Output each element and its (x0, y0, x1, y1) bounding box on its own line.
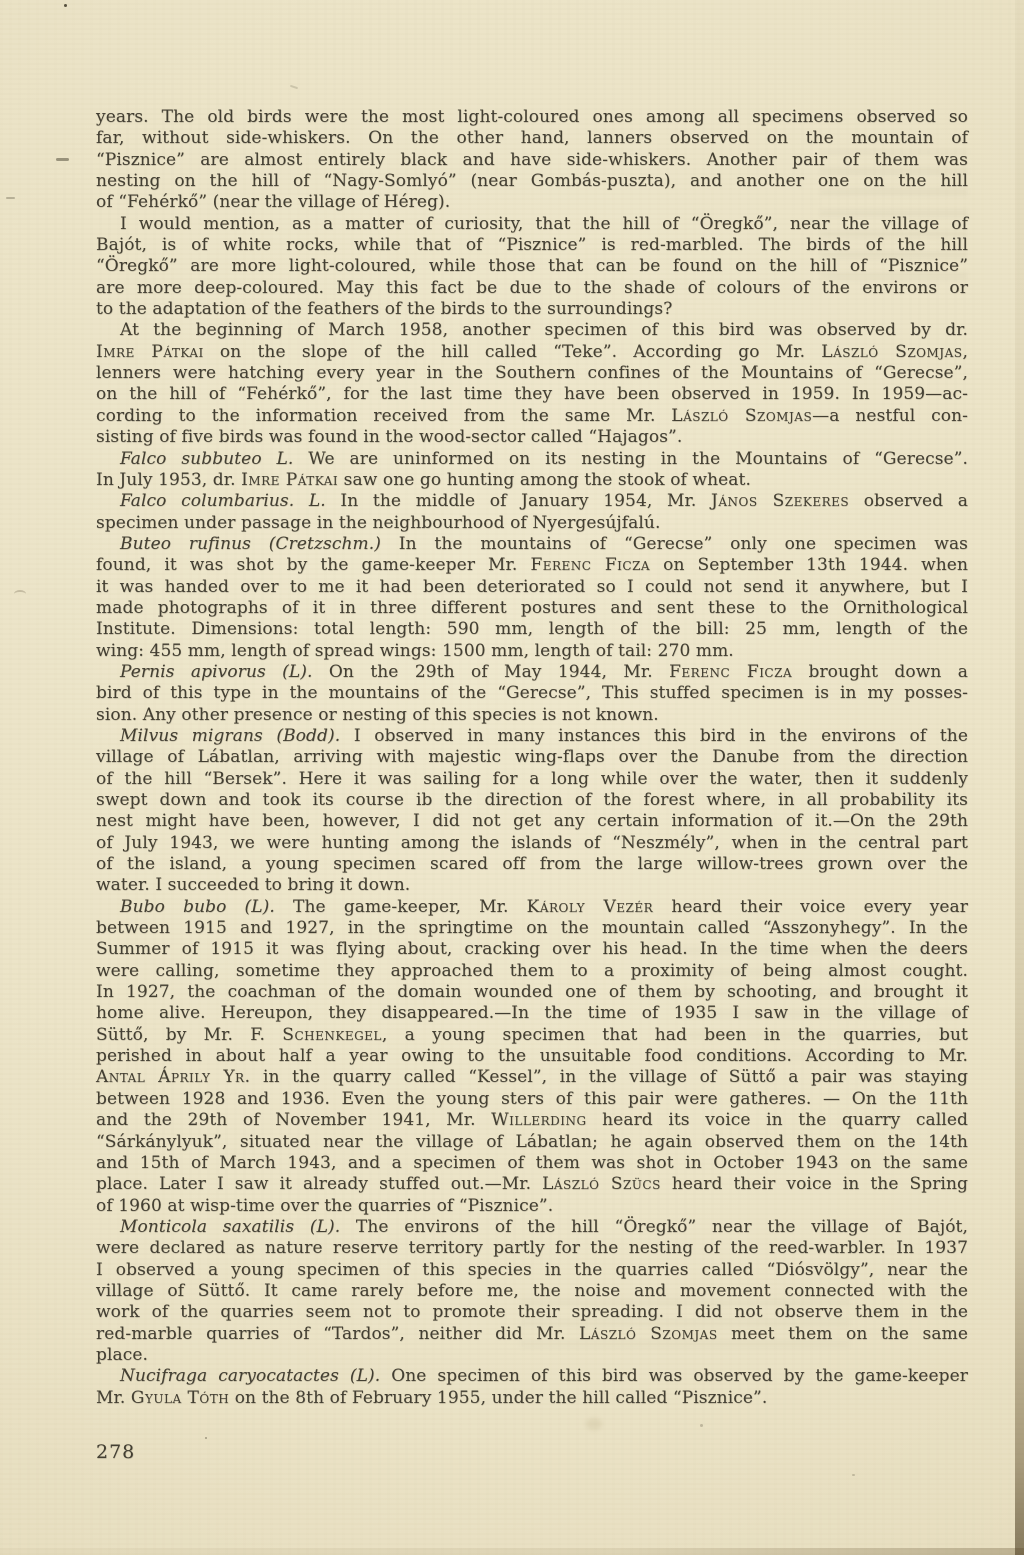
text-line: on the hill of “Fehérkő”, for the last t… (96, 384, 968, 405)
text-run: work of the quarries seem not to promote… (96, 1302, 968, 1322)
text-run: Summer of 1915 it was flying about, crac… (96, 939, 968, 959)
species-name: Nucifraga caryocatactes (L). (120, 1366, 380, 1386)
text-run: on September 13th 1944. when (650, 555, 968, 575)
text-line: Antal Áprily Yr. in the quarry called “K… (96, 1067, 968, 1088)
text-line: village of Lábatlan, arriving with majes… (96, 747, 968, 768)
text-line: “Öregkő” are more light-coloured, while … (96, 256, 968, 277)
text-run: to the adaptation of the feathers of the… (96, 299, 672, 319)
text-run: far, without side-whiskers. On the other… (96, 128, 968, 148)
text-run: made photographs of it in three differen… (96, 598, 968, 618)
text-line: At the beginning of March 1958, another … (96, 320, 968, 341)
text-line: were calling, sometime they approached t… (96, 961, 968, 982)
paragraph: Nucifraga caryocatactes (L). One specime… (96, 1366, 968, 1409)
scan-fiber (14, 590, 26, 598)
text-run: of “Fehérkő” (near the village of Héreg)… (96, 192, 450, 212)
text-line: I would mention, as a matter of curiosit… (96, 214, 968, 235)
text-line: Mr. Gyula Tóth on the 8th of February 19… (96, 1388, 968, 1409)
text-line: perished in about half a year owing to t… (96, 1046, 968, 1067)
text-line: are more deep-coloured. May this fact be… (96, 278, 968, 299)
text-line: of the hill “Bersek”. Here it was sailin… (96, 769, 968, 790)
text-run: Mr. (96, 1388, 131, 1408)
paragraph: Falco subbuteo L. We are uninformed on i… (96, 449, 968, 492)
text-run: Institute. Dimensions: total length: 590… (96, 619, 968, 639)
text-run: lenners were hatching every year in the … (96, 363, 968, 383)
text-run: meet them on the same (718, 1324, 968, 1344)
text-line: between 1928 and 1936. Even the young st… (96, 1089, 968, 1110)
scan-speck (64, 4, 67, 7)
text-line: nest might have been, however, I did not… (96, 811, 968, 832)
scan-speck (6, 197, 15, 199)
text-line: it was handed over to me it had been det… (96, 577, 968, 598)
text-line: Bajót, is of white rocks, while that of … (96, 235, 968, 256)
text-line: lenners were hatching every year in the … (96, 363, 968, 384)
page-number: 278 (96, 1441, 135, 1463)
text-line: Süttő, by Mr. F. Schenkegel, a young spe… (96, 1025, 968, 1046)
text-line: of 1960 at wisp-time over the quarries o… (96, 1196, 968, 1217)
text-run: of 1960 at wisp-time over the quarries o… (96, 1196, 553, 1216)
text-run: heard its voice in the quarry called (587, 1110, 968, 1130)
text-run: village of Süttő. It came rarely before … (96, 1281, 968, 1301)
text-run: of July 1943, we were hunting among the … (96, 833, 968, 853)
text-run: nest might have been, however, I did not… (96, 811, 968, 831)
text-line: In 1927, the coachman of the domain woun… (96, 982, 968, 1003)
text-run: sisting of five birds was found in the w… (96, 427, 682, 447)
scan-smudge (586, 1418, 602, 1430)
species-name: Pernis apivorus (L). (120, 662, 313, 682)
text-run: Bajót, is of white rocks, while that of … (96, 235, 968, 255)
text-line: Bubo bubo (L). The game-keeper, Mr. Káro… (96, 897, 968, 918)
text-run: Süttő, by Mr. F. (96, 1025, 282, 1045)
text-line: of July 1943, we were hunting among the … (96, 833, 968, 854)
text-run: and the 29th of November 1941, Mr. (96, 1110, 491, 1130)
text-run: One specimen of this bird was observed b… (380, 1366, 968, 1386)
text-line: nesting on the hill of “Nagy-Somlyó” (ne… (96, 171, 968, 192)
text-line: far, without side-whiskers. On the other… (96, 128, 968, 149)
text-line: Summer of 1915 it was flying about, crac… (96, 939, 968, 960)
text-line: made photographs of it in three differen… (96, 598, 968, 619)
text-line: work of the quarries seem not to promote… (96, 1302, 968, 1323)
paragraph: Falco columbarius. L. In the middle of J… (96, 491, 968, 534)
text-run: I would mention, as a matter of curiosit… (120, 214, 968, 234)
text-run: In July 1953, dr. (96, 470, 241, 490)
text-run: —a nestful con- (812, 406, 968, 426)
person-name: Ferenc Ficza (669, 662, 792, 682)
text-line: were declared as nature reserve territor… (96, 1238, 968, 1259)
paragraph: At the beginning of March 1958, another … (96, 320, 968, 448)
paragraph: Milvus migrans (Bodd). I observed in man… (96, 726, 968, 897)
species-name: Buteo rufinus (Cretzschm.) (120, 534, 381, 554)
text-line: Imre Pátkai on the slope of the hill cal… (96, 342, 968, 363)
text-run: sion. Any other presence or nesting of t… (96, 705, 659, 725)
scan-speck (852, 1474, 855, 1476)
species-name: Bubo bubo (L). (120, 897, 275, 917)
text-run: water. I succeeded to bring it down. (96, 875, 410, 895)
text-run: of the hill “Bersek”. Here it was sailin… (96, 769, 968, 789)
paragraph: years. The old birds were the most light… (96, 107, 968, 214)
text-line: place. (96, 1345, 968, 1366)
person-name: János Szekeres (711, 491, 849, 511)
text-run: cording to the information received from… (96, 406, 671, 426)
text-line: and 15th of March 1943, and a specimen o… (96, 1153, 968, 1174)
text-line: “Sárkánylyuk”, situated near the village… (96, 1132, 968, 1153)
text-line: home alive. Hereupon, they disappeared.—… (96, 1003, 968, 1024)
text-line: red-marble quarries of “Tardos”, neither… (96, 1324, 968, 1345)
text-run: We are uninformed on its nesting in the … (293, 449, 968, 469)
text-line: Falco subbuteo L. We are uninformed on i… (96, 449, 968, 470)
text-line: water. I succeeded to bring it down. (96, 875, 968, 896)
text-run: The environs of the hill “Öregkő” near t… (340, 1217, 968, 1237)
text-run: heard their voice every year (653, 897, 968, 917)
text-run: and 15th of March 1943, and a specimen o… (96, 1153, 968, 1173)
text-run: were declared as nature reserve territor… (96, 1238, 968, 1258)
text-run: years. The old birds were the most light… (96, 107, 968, 127)
text-run: “Sárkánylyuk”, situated near the village… (96, 1132, 968, 1152)
text-run: red-marble quarries of “Tardos”, neither… (96, 1324, 579, 1344)
scan-speck (205, 1437, 207, 1439)
paragraph: Pernis apivorus (L). On the 29th of May … (96, 662, 968, 726)
text-line: Milvus migrans (Bodd). I observed in man… (96, 726, 968, 747)
person-name: László Szomjas (821, 342, 962, 362)
text-run: home alive. Hereupon, they disappeared.—… (96, 1003, 968, 1023)
text-line: I observed a young specimen of this spec… (96, 1260, 968, 1281)
text-run: found, it was shot by the game-keeper Mr… (96, 555, 530, 575)
text-run: on the hill of “Fehérkő”, for the last t… (96, 384, 968, 404)
text-line: Nucifraga caryocatactes (L). One specime… (96, 1366, 968, 1387)
species-name: Milvus migrans (Bodd). (120, 726, 340, 746)
text-run: On the 29th of May 1944, Mr. (313, 662, 670, 682)
text-line: between 1915 and 1927, in the springtime… (96, 918, 968, 939)
text-line: Buteo rufinus (Cretzschm.) In the mounta… (96, 534, 968, 555)
paragraph: Bubo bubo (L). The game-keeper, Mr. Káro… (96, 897, 968, 1217)
person-name: Imre Pátkai (241, 470, 338, 490)
text-line: Falco columbarius. L. In the middle of J… (96, 491, 968, 512)
text-line: In July 1953, dr. Imre Pátkai saw one go… (96, 470, 968, 491)
text-run: of the island, a young specimen scared o… (96, 854, 968, 874)
text-run: bird of this type in the mountains of th… (96, 683, 968, 703)
person-name: Gyula Tóth (131, 1388, 229, 1408)
text-line: Monticola saxatilis (L). The environs of… (96, 1217, 968, 1238)
text-line: of the island, a young specimen scared o… (96, 854, 968, 875)
text-run: between 1928 and 1936. Even the young st… (96, 1089, 968, 1109)
text-run: observed a (849, 491, 968, 511)
person-name: László Szomjas (579, 1324, 718, 1344)
species-name: Falco columbarius. L. (120, 491, 326, 511)
text-run: In the mountains of “Gerecse” only one s… (381, 534, 968, 554)
text-run: The game-keeper, Mr. (275, 897, 527, 917)
text-run: on the 8th of February 1955, under the h… (229, 1388, 767, 1408)
text-line: found, it was shot by the game-keeper Mr… (96, 555, 968, 576)
text-run: “Pisznice” are almost entirely black and… (96, 150, 968, 170)
scan-speck (290, 85, 298, 89)
text-line: sion. Any other presence or nesting of t… (96, 705, 968, 726)
text-run: “Öregkő” are more light-coloured, while … (96, 256, 968, 276)
paragraph: Monticola saxatilis (L). The environs of… (96, 1217, 968, 1366)
text-line: and the 29th of November 1941, Mr. Wille… (96, 1110, 968, 1131)
text-line: village of Süttő. It came rarely before … (96, 1281, 968, 1302)
paragraph: Buteo rufinus (Cretzschm.) In the mounta… (96, 534, 968, 662)
text-line: Institute. Dimensions: total length: 590… (96, 619, 968, 640)
person-name: Schenkegel (282, 1025, 382, 1045)
text-run: between 1915 and 1927, in the springtime… (96, 918, 968, 938)
scan-speck (700, 1424, 703, 1427)
text-run: were calling, sometime they approached t… (96, 961, 968, 981)
text-line: years. The old birds were the most light… (96, 107, 968, 128)
text-line: of “Fehérkő” (near the village of Héreg)… (96, 192, 968, 213)
text-line: specimen under passage in the neighbourh… (96, 513, 968, 534)
scan-speck (56, 158, 69, 161)
species-name: Falco subbuteo L. (120, 449, 293, 469)
text-line: “Pisznice” are almost entirely black and… (96, 150, 968, 171)
person-name: Imre Pátkai (96, 342, 204, 362)
scanned-page: years. The old birds were the most light… (0, 0, 1024, 1555)
text-line: sisting of five birds was found in the w… (96, 427, 968, 448)
text-line: bird of this type in the mountains of th… (96, 683, 968, 704)
person-name: László Szomjas (671, 406, 812, 426)
scan-edge-shadow-bottom (0, 1548, 1024, 1555)
text-run: in the quarry called “Kessel”, in the vi… (250, 1067, 968, 1087)
text-run: swept down and took its course ib the di… (96, 790, 968, 810)
text-line: to the adaptation of the feathers of the… (96, 299, 968, 320)
text-run: In 1927, the coachman of the domain woun… (96, 982, 968, 1002)
person-name: Ferenc Ficza (530, 555, 650, 575)
text-run: on the slope of the hill called “Teke”. … (204, 342, 822, 362)
person-name: Willerding (491, 1110, 586, 1130)
text-run: nesting on the hill of “Nagy-Somlyó” (ne… (96, 171, 968, 191)
text-run: In the middle of January 1954, Mr. (326, 491, 711, 511)
text-run: I observed in many instances this bird i… (340, 726, 968, 746)
scan-edge-shadow-right (1015, 0, 1024, 1555)
text-run: place. Later I saw it already stuffed ou… (96, 1174, 542, 1194)
text-run: are more deep-coloured. May this fact be… (96, 278, 968, 298)
text-run: , a young specimen that had been in the … (382, 1025, 968, 1045)
text-run: specimen under passage in the neighbourh… (96, 513, 661, 533)
text-run: heard their voice in the Spring (661, 1174, 968, 1194)
text-run: brought down a (792, 662, 968, 682)
text-run: At the beginning of March 1958, another … (120, 320, 968, 340)
person-name: Károly Vezér (527, 897, 654, 917)
text-line: cording to the information received from… (96, 406, 968, 427)
text-line: place. Later I saw it already stuffed ou… (96, 1174, 968, 1195)
text-line: swept down and took its course ib the di… (96, 790, 968, 811)
text-line: Pernis apivorus (L). On the 29th of May … (96, 662, 968, 683)
text-run: place. (96, 1345, 148, 1365)
person-name: László Szücs (542, 1174, 661, 1194)
text-line: wing: 455 mm, length of spread wings: 15… (96, 641, 968, 662)
text-column: years. The old birds were the most light… (96, 107, 968, 1409)
person-name: Antal Áprily Yr. (96, 1067, 250, 1087)
text-run: it was handed over to me it had been det… (96, 577, 968, 597)
text-run: saw one go hunting among the stook of wh… (338, 470, 751, 490)
paragraph: I would mention, as a matter of curiosit… (96, 214, 968, 321)
text-run: village of Lábatlan, arriving with majes… (96, 747, 968, 767)
text-run: , (963, 342, 969, 362)
species-name: Monticola saxatilis (L). (120, 1217, 340, 1237)
text-run: perished in about half a year owing to t… (96, 1046, 968, 1066)
text-run: wing: 455 mm, length of spread wings: 15… (96, 641, 734, 661)
text-run: I observed a young specimen of this spec… (96, 1260, 968, 1280)
